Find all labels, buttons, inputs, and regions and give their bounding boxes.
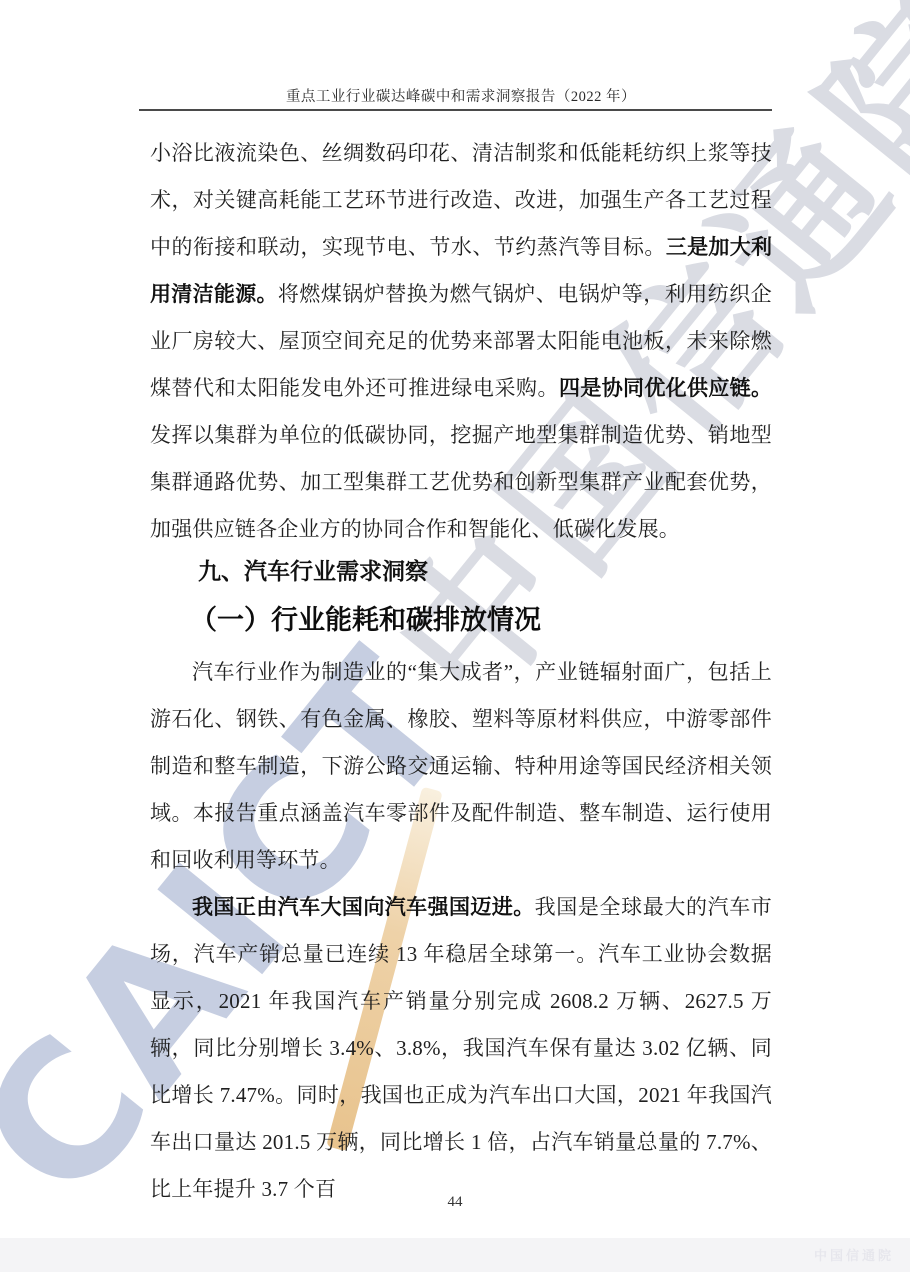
document-page: CAICT中国信通院 重点工业行业碳达峰碳中和需求洞察报告（2022 年） 小浴… [0,0,910,1272]
heading-level2: （一）行业能耗和碳排放情况 [190,601,772,641]
paragraph: 汽车行业作为制造业的“集大成者”，产业链辐射面广，包括上游石化、钢铁、有色金属、… [150,649,772,884]
text-segment: 汽车行业作为制造业的“集大成者”，产业链辐射面广，包括上游石化、钢铁、有色金属、… [150,660,772,872]
emphasis-segment: 四是协同优化供应链。 [559,376,772,400]
header-divider [139,109,772,111]
page-number: 44 [0,1194,910,1211]
emphasis-segment: 我国正由汽车大国向汽车强国迈进。 [192,895,535,919]
text-segment: 发挥以集群为单位的低碳协同，挖掘产地型集群制造优势、销地型集群通路优势、加工型集… [150,423,772,541]
document-body: 小浴比液流染色、丝绸数码印花、清洁制浆和低能耗纺织上浆等技术，对关键高耗能工艺环… [150,130,772,1213]
content-layer: 重点工业行业碳达峰碳中和需求洞察报告（2022 年） 小浴比液流染色、丝绸数码印… [0,0,910,1213]
text-segment: 我国是全球最大的汽车市场，汽车产销总量已连续 13 年稳居全球第一。汽车工业协会… [150,895,772,1201]
paragraph: 我国正由汽车大国向汽车强国迈进。我国是全球最大的汽车市场，汽车产销总量已连续 1… [150,884,772,1213]
bottom-strip: 中国信通院 [0,1238,910,1272]
heading-level1: 九、汽车行业需求洞察 [198,555,772,589]
page-header-title: 重点工业行业碳达峰碳中和需求洞察报告（2022 年） [150,86,772,108]
paragraph: 小浴比液流染色、丝绸数码印花、清洁制浆和低能耗纺织上浆等技术，对关键高耗能工艺环… [150,130,772,553]
bottom-strip-watermark-remnant: 中国信通院 [814,1245,894,1264]
